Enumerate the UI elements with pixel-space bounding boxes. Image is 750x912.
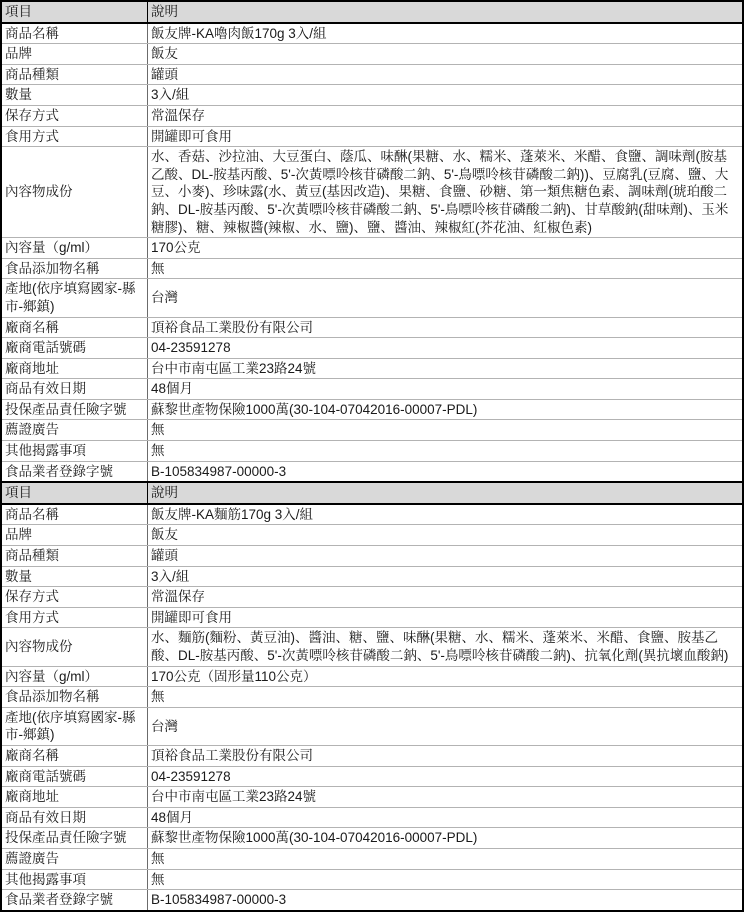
spec-value-cell: 無 xyxy=(148,848,744,869)
spec-row: 產地(依序填寫國家-縣市-鄉鎮)台灣 xyxy=(1,279,743,317)
spec-label-cell: 食用方式 xyxy=(1,126,148,147)
spec-value-cell: 水、麵筋(麵粉、黃豆油)、醬油、糖、鹽、味醂(果糖、水、糯米、蓬萊米、米醋、食鹽… xyxy=(148,628,744,666)
spec-row: 食用方式開罐即可食用 xyxy=(1,126,743,147)
spec-value-cell: 常溫保存 xyxy=(148,587,744,608)
header-description-label: 說明 xyxy=(148,482,744,504)
spec-header-row: 項目 說明 xyxy=(1,482,743,504)
spec-label-cell: 食用方式 xyxy=(1,607,148,628)
spec-row: 商品有效日期48個月 xyxy=(1,379,743,400)
spec-label-cell: 保存方式 xyxy=(1,587,148,608)
spec-row: 廠商地址台中市南屯區工業23路24號 xyxy=(1,787,743,808)
spec-label-cell: 廠商名稱 xyxy=(1,317,148,338)
spec-row: 內容物成份水、香菇、沙拉油、大豆蛋白、蔭瓜、味醂(果糖、水、糯米、蓬萊米、米醋、… xyxy=(1,147,743,238)
spec-value-cell: 頂裕食品工業股份有限公司 xyxy=(148,317,744,338)
spec-label-cell: 產地(依序填寫國家-縣市-鄉鎮) xyxy=(1,279,148,317)
spec-row: 食用方式開罐即可食用 xyxy=(1,607,743,628)
spec-row: 其他揭露事項無 xyxy=(1,869,743,890)
spec-label-cell: 食品業者登錄字號 xyxy=(1,890,148,911)
spec-value-cell: 170公克 xyxy=(148,238,744,259)
spec-label-cell: 品牌 xyxy=(1,525,148,546)
spec-value-cell: 罐頭 xyxy=(148,546,744,567)
spec-label-cell: 商品名稱 xyxy=(1,23,148,44)
spec-value-cell: 3入/組 xyxy=(148,566,744,587)
spec-row: 投保產品責任險字號蘇黎世產物保險1000萬(30-104-07042016-00… xyxy=(1,399,743,420)
spec-value-cell: 常溫保存 xyxy=(148,105,744,126)
spec-value-cell: 飯友 xyxy=(148,525,744,546)
spec-label-cell: 廠商名稱 xyxy=(1,745,148,766)
header-item-label: 項目 xyxy=(1,1,148,23)
spec-value-cell: 蘇黎世產物保險1000萬(30-104-07042016-00007-PDL) xyxy=(148,399,744,420)
spec-label-cell: 廠商電話號碼 xyxy=(1,338,148,359)
spec-table-product-2: 項目 說明 商品名稱飯友牌-KA麵筋170g 3入/組品牌飯友商品種類罐頭數量3… xyxy=(0,481,744,911)
spec-value-cell: 開罐即可食用 xyxy=(148,126,744,147)
spec-row: 食品業者登錄字號B-105834987-00000-3 xyxy=(1,890,743,911)
spec-table-2-body: 商品名稱飯友牌-KA麵筋170g 3入/組品牌飯友商品種類罐頭數量3入/組保存方… xyxy=(1,504,743,911)
spec-label-cell: 商品名稱 xyxy=(1,504,148,525)
spec-label-cell: 保存方式 xyxy=(1,105,148,126)
spec-label-cell: 內容量（g/ml） xyxy=(1,666,148,687)
spec-table-1-body: 商品名稱飯友牌-KA嚕肉飯170g 3入/組品牌飯友商品種類罐頭數量3入/組保存… xyxy=(1,23,743,483)
spec-row: 食品添加物名稱無 xyxy=(1,258,743,279)
spec-row: 保存方式常溫保存 xyxy=(1,105,743,126)
spec-row: 廠商名稱頂裕食品工業股份有限公司 xyxy=(1,745,743,766)
spec-label-cell: 食品添加物名稱 xyxy=(1,258,148,279)
spec-value-cell: 無 xyxy=(148,687,744,708)
spec-row: 保存方式常溫保存 xyxy=(1,587,743,608)
spec-value-cell: 170公克（固形量110公克） xyxy=(148,666,744,687)
spec-label-cell: 其他揭露事項 xyxy=(1,869,148,890)
spec-row: 其他揭露事項無 xyxy=(1,441,743,462)
spec-row: 品牌飯友 xyxy=(1,525,743,546)
spec-row: 商品名稱飯友牌-KA嚕肉飯170g 3入/組 xyxy=(1,23,743,44)
spec-header-row: 項目 說明 xyxy=(1,1,743,23)
spec-value-cell: 飯友牌-KA嚕肉飯170g 3入/組 xyxy=(148,23,744,44)
spec-row: 商品種類罐頭 xyxy=(1,64,743,85)
spec-value-cell: 台中市南屯區工業23路24號 xyxy=(148,787,744,808)
spec-value-cell: 飯友牌-KA麵筋170g 3入/組 xyxy=(148,504,744,525)
spec-value-cell: 04-23591278 xyxy=(148,766,744,787)
spec-row: 內容物成份水、麵筋(麵粉、黃豆油)、醬油、糖、鹽、味醂(果糖、水、糯米、蓬萊米、… xyxy=(1,628,743,666)
spec-row: 商品種類罐頭 xyxy=(1,546,743,567)
spec-row: 廠商名稱頂裕食品工業股份有限公司 xyxy=(1,317,743,338)
spec-row: 商品名稱飯友牌-KA麵筋170g 3入/組 xyxy=(1,504,743,525)
spec-row: 食品業者登錄字號B-105834987-00000-3 xyxy=(1,461,743,482)
spec-row: 薦證廣告無 xyxy=(1,848,743,869)
spec-value-cell: 04-23591278 xyxy=(148,338,744,359)
spec-label-cell: 投保產品責任險字號 xyxy=(1,828,148,849)
spec-label-cell: 食品業者登錄字號 xyxy=(1,461,148,482)
spec-value-cell: 蘇黎世產物保險1000萬(30-104-07042016-00007-PDL) xyxy=(148,828,744,849)
spec-label-cell: 數量 xyxy=(1,566,148,587)
spec-value-cell: 台灣 xyxy=(148,707,744,745)
spec-row: 數量3入/組 xyxy=(1,566,743,587)
spec-row: 內容量（g/ml）170公克 xyxy=(1,238,743,259)
spec-row: 廠商電話號碼04-23591278 xyxy=(1,766,743,787)
spec-label-cell: 食品添加物名稱 xyxy=(1,687,148,708)
spec-row: 產地(依序填寫國家-縣市-鄉鎮)台灣 xyxy=(1,707,743,745)
header-description-label: 說明 xyxy=(148,1,744,23)
spec-value-cell: 無 xyxy=(148,420,744,441)
spec-value-cell: 48個月 xyxy=(148,807,744,828)
spec-row: 品牌飯友 xyxy=(1,44,743,65)
spec-value-cell: 無 xyxy=(148,441,744,462)
spec-label-cell: 薦證廣告 xyxy=(1,848,148,869)
spec-row: 食品添加物名稱無 xyxy=(1,687,743,708)
spec-row: 廠商電話號碼04-23591278 xyxy=(1,338,743,359)
spec-label-cell: 商品種類 xyxy=(1,546,148,567)
spec-label-cell: 內容物成份 xyxy=(1,628,148,666)
spec-label-cell: 投保產品責任險字號 xyxy=(1,399,148,420)
spec-label-cell: 薦證廣告 xyxy=(1,420,148,441)
spec-value-cell: 3入/組 xyxy=(148,85,744,106)
spec-value-cell: 飯友 xyxy=(148,44,744,65)
spec-label-cell: 內容量（g/ml） xyxy=(1,238,148,259)
spec-label-cell: 廠商地址 xyxy=(1,358,148,379)
spec-value-cell: 台中市南屯區工業23路24號 xyxy=(148,358,744,379)
spec-value-cell: B-105834987-00000-3 xyxy=(148,890,744,911)
spec-label-cell: 廠商地址 xyxy=(1,787,148,808)
spec-row: 薦證廣告無 xyxy=(1,420,743,441)
spec-row: 投保產品責任險字號蘇黎世產物保險1000萬(30-104-07042016-00… xyxy=(1,828,743,849)
spec-value-cell: 罐頭 xyxy=(148,64,744,85)
spec-label-cell: 內容物成份 xyxy=(1,147,148,238)
spec-label-cell: 商品有效日期 xyxy=(1,379,148,400)
spec-value-cell: 水、香菇、沙拉油、大豆蛋白、蔭瓜、味醂(果糖、水、糯米、蓬萊米、米醋、食鹽、調味… xyxy=(148,147,744,238)
spec-value-cell: 頂裕食品工業股份有限公司 xyxy=(148,745,744,766)
spec-table-product-1: 項目 說明 商品名稱飯友牌-KA嚕肉飯170g 3入/組品牌飯友商品種類罐頭數量… xyxy=(0,0,744,483)
spec-label-cell: 其他揭露事項 xyxy=(1,441,148,462)
spec-label-cell: 數量 xyxy=(1,85,148,106)
spec-label-cell: 品牌 xyxy=(1,44,148,65)
spec-value-cell: 無 xyxy=(148,869,744,890)
product-spec-page: 項目 說明 商品名稱飯友牌-KA嚕肉飯170g 3入/組品牌飯友商品種類罐頭數量… xyxy=(0,0,744,912)
spec-value-cell: 48個月 xyxy=(148,379,744,400)
spec-row: 廠商地址台中市南屯區工業23路24號 xyxy=(1,358,743,379)
spec-label-cell: 產地(依序填寫國家-縣市-鄉鎮) xyxy=(1,707,148,745)
spec-value-cell: B-105834987-00000-3 xyxy=(148,461,744,482)
header-item-label: 項目 xyxy=(1,482,148,504)
spec-value-cell: 開罐即可食用 xyxy=(148,607,744,628)
spec-label-cell: 商品種類 xyxy=(1,64,148,85)
spec-label-cell: 廠商電話號碼 xyxy=(1,766,148,787)
spec-label-cell: 商品有效日期 xyxy=(1,807,148,828)
spec-value-cell: 台灣 xyxy=(148,279,744,317)
spec-row: 內容量（g/ml）170公克（固形量110公克） xyxy=(1,666,743,687)
spec-value-cell: 無 xyxy=(148,258,744,279)
spec-row: 商品有效日期48個月 xyxy=(1,807,743,828)
spec-row: 數量3入/組 xyxy=(1,85,743,106)
